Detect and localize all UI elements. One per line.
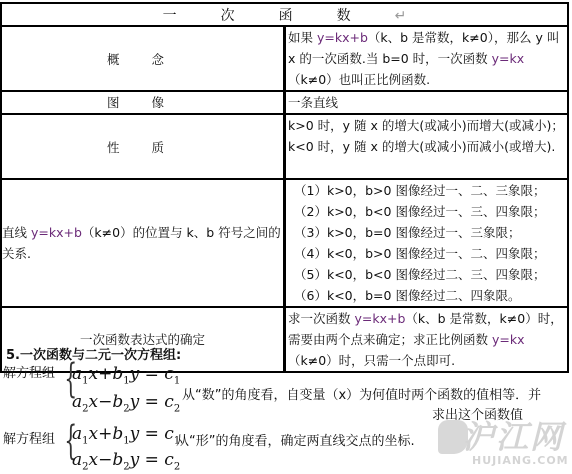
title-char: 函 <box>279 5 293 25</box>
case-line: （2）k>0，b<0 图像经过一、三、四象限； <box>288 201 567 222</box>
number-perspective-note: 从“数”的角度看，自变量（x）为何值时两个函数的值相等．并 <box>182 384 541 403</box>
title-char: 次 <box>221 5 235 25</box>
formula: y=kx+b <box>31 225 82 240</box>
concept-label: 概 念 <box>1 26 285 91</box>
shape-perspective-note: 从“形”的角度看，确定两直线交点的坐标. <box>176 430 415 449</box>
graph-label: 图 像 <box>1 91 285 114</box>
text: 求一次函数 <box>288 311 354 326</box>
system-label: 解方程组 <box>3 428 55 447</box>
title-char: 一 <box>163 5 177 25</box>
property-line: k>0 时，y 随 x 的增大(或减小)而增大(或减小)； <box>288 115 567 136</box>
case-line: （4）k<0，b>0 图像经过一、二、四象限； <box>288 243 567 264</box>
graph-content: 一条直线 <box>285 91 569 114</box>
row-property: 性 质 k>0 时，y 随 x 的增大(或减小)而增大(或减小)； k<0 时，… <box>1 114 568 179</box>
linear-function-table: 一次函数↵ 概 念 如果 y=kx+b（k、b 是常数，k≠0），那么 y 叫 … <box>0 2 569 373</box>
system-label: 解方程组 <box>3 362 55 381</box>
equation-2: a2x−b2y = c2 <box>72 392 180 414</box>
text: 直线 <box>2 225 31 240</box>
line-position-content: （1）k>0，b>0 图像经过一、二、三象限； （2）k>0，b<0 图像经过一… <box>285 179 569 307</box>
case-line: （1）k>0，b>0 图像经过一、二、三象限； <box>288 180 567 201</box>
formula: y=kx+b <box>354 311 405 326</box>
label-text: 性 质 <box>107 140 178 155</box>
equation-2: a2x−b2y = c2 <box>72 450 180 472</box>
paragraph-mark-icon: ↵ <box>395 8 407 24</box>
property-content: k>0 时，y 随 x 的增大(或减小)而增大(或减小)； k<0 时，y 随 … <box>285 114 569 179</box>
formula: y=kx <box>492 51 525 66</box>
formula: y=kx+b <box>317 30 368 45</box>
equation-1: a1x+b1y = c1 <box>72 424 180 446</box>
property-line: k<0 时，y 随 x 的增大(或减小)而减小(或增大). <box>288 136 567 157</box>
table-title: 一次函数↵ <box>1 3 568 26</box>
equation-1: a1x+b1y = c1 <box>72 364 180 386</box>
row-line-position: 直线 y=kx+b（k≠0）的位置与 k、b 符号之间的关系. （1）k>0，b… <box>1 179 568 307</box>
text: （k≠0）时，只需一个点即可. <box>288 353 455 368</box>
line-position-label: 直线 y=kx+b（k≠0）的位置与 k、b 符号之间的关系. <box>1 179 285 307</box>
property-label: 性 质 <box>1 114 285 179</box>
title-char: 数 <box>337 5 351 25</box>
watermark-en: HUJIANG.COM <box>472 454 569 467</box>
row-concept: 概 念 如果 y=kx+b（k、b 是常数，k≠0），那么 y 叫 x 的一次函… <box>1 26 568 91</box>
text: （k≠0）也叫正比例函数. <box>288 72 430 87</box>
text: 如果 <box>288 30 317 45</box>
table-title-row: 一次函数↵ <box>1 3 568 26</box>
case-line: （6）k<0，b=0 图像经过二、四象限。 <box>288 285 567 306</box>
case-line: （5）k<0，b<0 图像经过二、三、四象限； <box>288 264 567 285</box>
watermark: 沪江网 HUJIANG.COM <box>462 412 569 467</box>
formula: y=kx <box>492 332 525 347</box>
watermark-cn: 沪江网 <box>462 418 564 456</box>
label-text: 图 像 <box>107 95 178 110</box>
row-graph: 图 像 一条直线 <box>1 91 568 114</box>
label-text: 概 念 <box>107 52 178 67</box>
concept-content: 如果 y=kx+b（k、b 是常数，k≠0），那么 y 叫 x 的一次函数.当 … <box>285 26 569 91</box>
case-line: （3）k>0，b=0 图像经过一、三象限； <box>288 222 567 243</box>
expression-content: 求一次函数 y=kx+b（k、b 是常数，k≠0）时，需要由两个点来确定；求正比… <box>285 307 569 372</box>
section-heading: 5.一次函数与二元一次方程组: <box>6 344 181 363</box>
